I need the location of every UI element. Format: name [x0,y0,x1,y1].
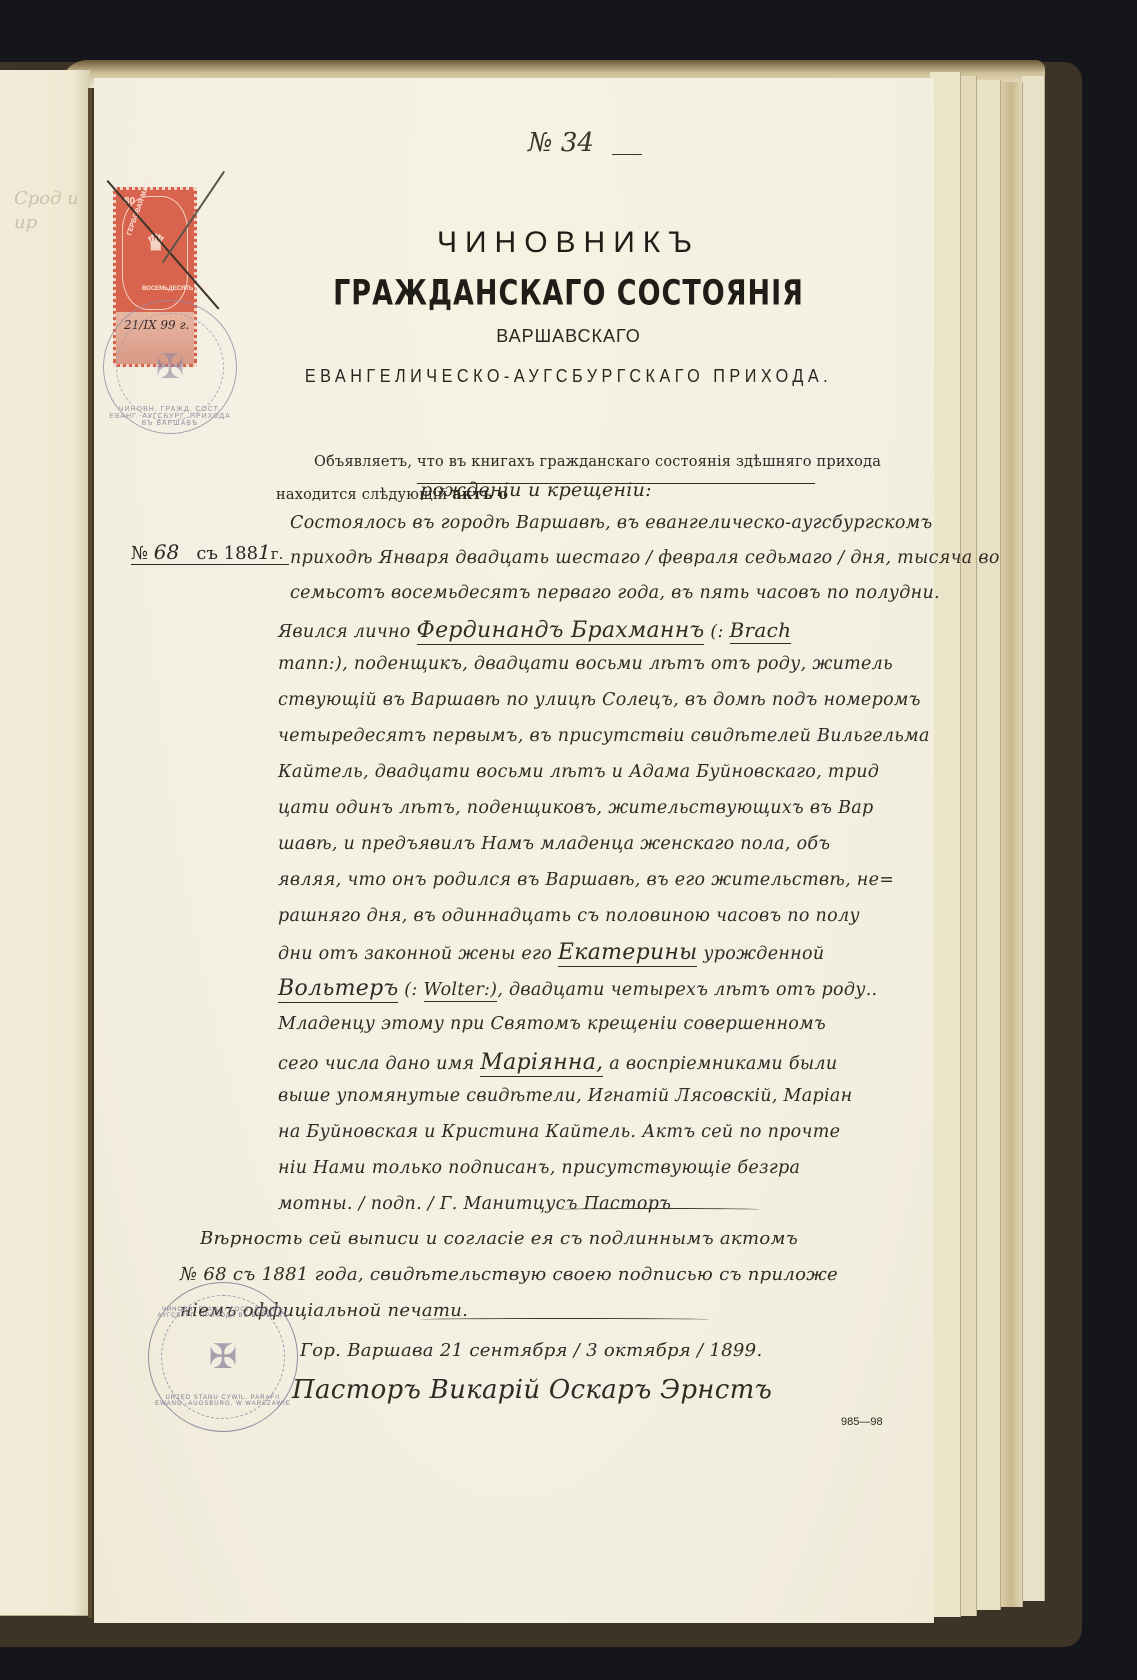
father-name: Фердинандъ Брахманнъ [417,618,705,645]
line-filler [420,1318,710,1321]
eagle-icon: ✠ [209,1337,238,1377]
printer-code: 985—98 [841,1416,883,1428]
body-line: Явился лично Фердинандъ Брахманнъ (: Bra… [278,618,791,643]
act-reference: № 68 съ 1881г. [131,540,289,565]
act-ref-number: 68 [154,540,179,564]
body-line: Состоялось въ городѣ Варшавѣ, въ евангел… [290,513,932,533]
body-line: Вольтеръ (: Wolter:), двадцати четырехъ … [278,976,877,1001]
body-line: рашняго дня, въ одиннадцать съ половиною… [278,906,860,926]
body-line: ствующій въ Варшавѣ по улицѣ Солецъ, въ … [278,690,921,710]
body-line: на Буйновская и Кристина Кайтель. Актъ с… [278,1122,840,1142]
body-line: семьсотъ восемьдесятъ перваго года, въ п… [290,583,940,603]
document-number-label: № 34 [528,128,594,158]
body-line: являя, что онъ родился въ Варшавѣ, въ ег… [278,870,894,890]
seal-text: ЧИНОВН. ГРАЖД. СОСТ. ЕВАНГ.-АУГСБУРГ. ПР… [149,1307,297,1319]
preamble-line-1: Объявляетъ, что въ книгахъ гражданскаго … [314,454,881,470]
act-ref-year-end: г. [271,545,284,563]
body-line: приходѣ Января двадцать шестаго / феврал… [290,548,1000,568]
document-number: № 34 [528,128,642,158]
body-line: Младенцу этому при Святомъ крещеніи сове… [278,1014,826,1034]
act-ref-year-prefix: съ 188 [196,543,258,564]
line-filler [560,1208,760,1211]
act-type-handwritten: рожденіи и крещеніи: [420,479,652,501]
header-title-2: ГРАЖДАНСКАГО СОСТОЯНІЯ [0,273,1137,313]
left-page-ghost-text: Срод и [14,188,79,209]
body-line: ніи Нами только подписанъ, присутствующі… [278,1158,800,1178]
body-line: mann:), поденщикъ, двадцати восьми лѣтъ … [278,654,893,674]
certification-line: № 68 съ 1881 года, свидѣтельствую своею … [180,1264,838,1285]
body-line: мотны. / подп. / Г. Манитцусъ Пасторъ [278,1194,671,1214]
book-gutter [88,88,92,1618]
body-line: цати одинъ лѣтъ, поденщиковъ, жительству… [278,798,874,818]
header-title-3: ВАРШАВСКАГО [0,326,1137,347]
body-line: дни отъ законной жены его Екатерины урож… [278,940,824,965]
official-seal-bottom: ✠ ЧИНОВН. ГРАЖД. СОСТ. ЕВАНГ.-АУГСБУРГ. … [148,1282,298,1432]
mother-maiden-name: Вольтеръ [278,976,398,1003]
child-name: Маріянна, [480,1050,603,1077]
header-title-4: ЕВАНГЕЛИЧЕСКО-АУГСБУРГСКАГО ПРИХОДА. [57,366,1080,387]
certification-line: Вѣрность сей выписи и согласіе ея съ под… [200,1228,798,1249]
body-line: Кайтель, двадцати восьми лѣтъ и Адама Бу… [278,762,879,782]
body-line: сего числа дано имя Маріянна, а воспріем… [278,1050,837,1075]
body-line: выше упомянутые свидѣтели, Игнатій Лясов… [278,1086,852,1106]
act-ref-prefix: № [131,543,148,564]
mother-maiden-latin: Wolter:) [424,980,498,1002]
mother-first-name: Екатерины [558,940,698,967]
father-name-latin: Brach [730,618,792,644]
act-ref-year-suffix: 1 [258,540,271,564]
seal-text: ЧИНОВН. ГРАЖД. СОСТ. ЕВАНГ.-АУГСБУРГ. ПР… [104,406,236,427]
body-line: шавѣ, и предъявилъ Намъ младенца женскаг… [278,834,830,854]
seal-text: URZĘD STANU CYWIL. PARAFII EWANG.-AUGSBU… [149,1395,297,1407]
body-line: четыредесятъ первымъ, въ присутствіи сви… [278,726,930,746]
pastor-signature: Пасторъ Викарій Оскаръ Эрнстъ [292,1375,772,1405]
place-date: Гор. Варшава 21 сентября / 3 октября / 1… [300,1340,762,1361]
header-title-1: ЧИНОВНИКЪ [0,226,1137,260]
